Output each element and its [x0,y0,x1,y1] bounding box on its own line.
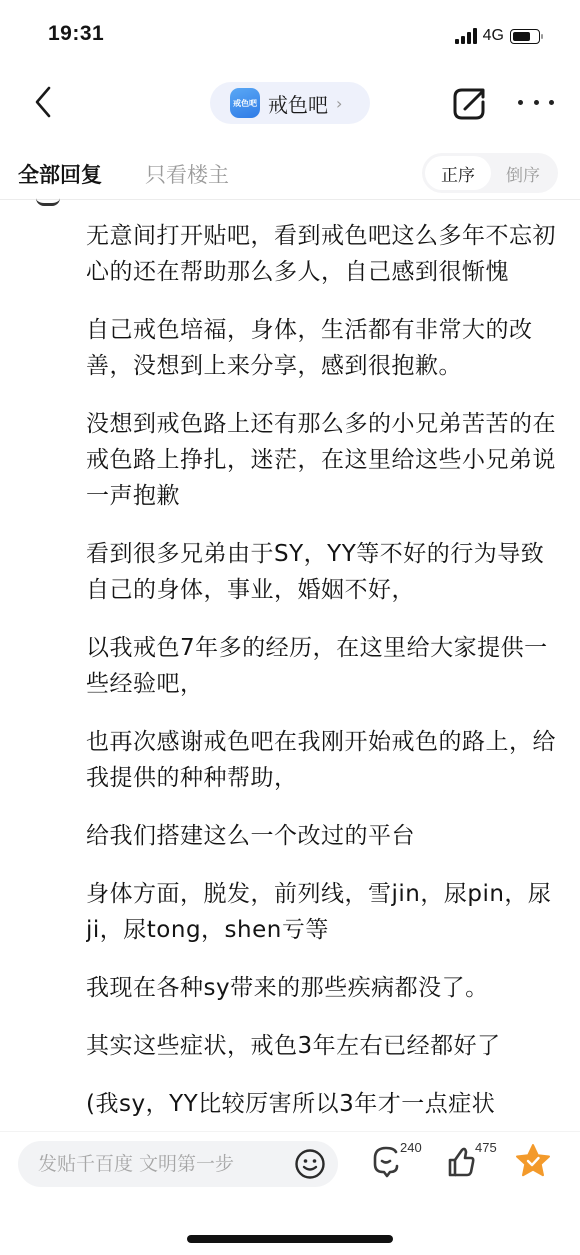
order-descending-button[interactable]: 倒序 [491,156,555,190]
reply-filter-bar: 全部回复 只看楼主 正序 倒序 [0,145,580,200]
home-indicator[interactable] [187,1235,393,1243]
dot [518,100,523,105]
forum-link[interactable]: 戒色吧 戒色吧 › [210,82,370,124]
post-paragraph: 身体方面，脱发，前列线，雪jin，尿pin，尿ji，尿tong，shen亏等 [86,876,556,948]
post-paragraph: 无意间打开贴吧，看到戒色吧这么多年不忘初心的还在帮助那么多人，自己感到很惭愧 [86,218,556,290]
smiley-icon [294,1148,326,1180]
status-indicators: 4G [455,27,540,45]
signal-icon [455,28,477,44]
dot [534,100,539,105]
edit-share-icon [450,84,490,124]
comment-button[interactable]: 240 [370,1142,430,1182]
share-edit-button[interactable] [450,84,490,124]
post-content: 无意间打开贴吧，看到戒色吧这么多年不忘初心的还在帮助那么多人，自己感到很惭愧 自… [86,218,556,1130]
post-paragraph: 其实这些症状，戒色3年左右已经都好了 [86,1028,556,1064]
nav-bar: 戒色吧 戒色吧 › [0,72,580,134]
forum-logo: 戒色吧 [230,88,260,118]
back-button[interactable] [28,82,58,122]
more-options-button[interactable] [518,92,554,112]
emoji-button[interactable] [294,1148,326,1180]
status-time: 19:31 [48,22,104,46]
order-ascending-button[interactable]: 正序 [425,156,491,190]
post-paragraph: 也再次感谢戒色吧在我刚开始戒色的路上，给我提供的种种帮助， [86,724,556,796]
tab-all-replies[interactable]: 全部回复 [18,159,102,189]
tab-only-op[interactable]: 只看楼主 [145,159,229,189]
network-type: 4G [483,27,504,45]
post-paragraph: 我现在各种sy带来的那些疾病都没了。 [86,970,556,1006]
status-bar: 19:31 4G [0,0,580,72]
post-paragraph: 给我们搭建这么一个改过的平台 [86,818,556,854]
sort-order-toggle: 正序 倒序 [422,153,558,193]
like-button[interactable]: 475 [445,1142,505,1182]
chevron-left-icon [34,86,52,118]
post-paragraph: 以我戒色7年多的经历，在这里给大家提供一些经验吧， [86,630,556,702]
post-paragraph: (我sy，YY比较厉害所以3年才一点症状 [86,1086,556,1122]
like-count: 475 [475,1140,497,1155]
thumbs-up-icon [445,1142,479,1182]
battery-icon [510,29,540,44]
favorite-button[interactable] [514,1142,554,1182]
post-paragraph: 看到很多兄弟由于SY，YY等不好的行为导致自己的身体，事业，婚姻不好， [86,536,556,608]
avatar[interactable] [36,198,60,206]
forum-name: 戒色吧 [268,89,328,118]
post-paragraph: 自己戒色培福，身体，生活都有非常大的改善，没想到上来分享，感到很抱歉。 [86,312,556,384]
chevron-right-icon: › [336,94,342,113]
comment-icon [370,1142,404,1182]
dot [549,100,554,105]
post-paragraph: 没想到戒色路上还有那么多的小兄弟苦苦的在戒色路上挣扎，迷茫，在这里给这些小兄弟说… [86,406,556,514]
reply-input[interactable] [38,1153,278,1175]
reply-input-container[interactable] [18,1141,338,1187]
comment-count: 240 [400,1140,422,1155]
star-check-icon [514,1142,552,1180]
